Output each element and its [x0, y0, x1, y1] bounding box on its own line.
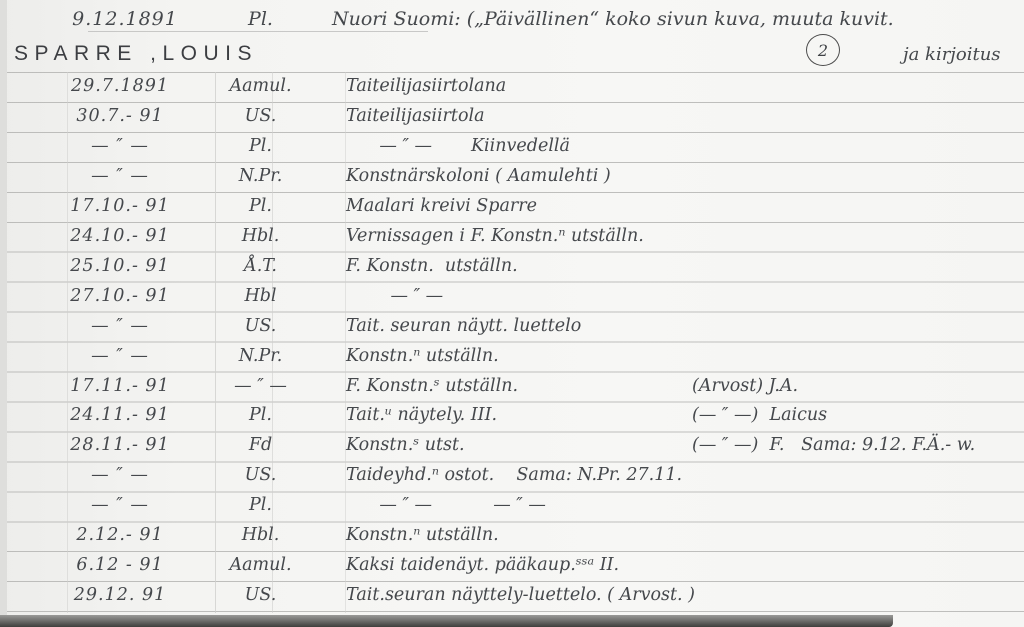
entry-text: Tait.ᵘ näytely. III.: [346, 401, 497, 430]
entry-text: Konstnärskoloni ( Aamulehti ): [346, 162, 611, 191]
entry-date: 6.12 - 91: [50, 551, 190, 580]
table-row: 17.10.- 91 Pl. Maalari kreivi Sparre: [0, 192, 1024, 222]
entry-source: Pl.: [213, 491, 308, 520]
entry-note: (— ″ —) Laicus: [692, 401, 827, 430]
entry-source: N.Pr.: [213, 162, 308, 191]
table-row: 2.12.- 91 Hbl. Konstn.ⁿ utställn.: [0, 521, 1024, 551]
entry-text: Vernissagen i F. Konstn.ⁿ utställn.: [346, 222, 644, 251]
entry-text: Taideyhd.ⁿ ostot. Sama: N.Pr. 27.11.: [346, 461, 682, 490]
entry-date: 29.12. 91: [50, 581, 190, 610]
header-entry-continuation: ja kirjoitus: [903, 42, 1001, 68]
scan-edge-bottom: [0, 615, 893, 627]
entry-source: Hbl: [213, 282, 308, 311]
entry-source: Aamul.: [213, 72, 308, 101]
table-row: — ″ — US. Taideyhd.ⁿ ostot. Sama: N.Pr. …: [0, 461, 1024, 491]
scan-edge-left: [0, 0, 7, 627]
entry-text: — ″ —: [346, 282, 443, 311]
table-row: 25.10.- 91 Å.T. F. Konstn. utställn.: [0, 252, 1024, 282]
entry-date: 28.11.- 91: [50, 431, 190, 460]
subject-name: SPARRE ,LOUIS: [14, 42, 258, 66]
entry-text: — ″ — Kiinvedellä: [346, 132, 570, 161]
table-row: — ″ — Pl. — ″ — Kiinvedellä: [0, 132, 1024, 162]
table-row: — ″ — N.Pr. Konstn.ⁿ utställn.: [0, 342, 1024, 372]
header-entry-text: Nuori Suomi: („Päivällinen“ koko sivun k…: [332, 4, 894, 34]
entry-text: Maalari kreivi Sparre: [346, 192, 537, 221]
entry-source: Pl.: [213, 401, 308, 430]
entry-source: Hbl.: [213, 521, 308, 550]
table-row: 30.7.- 91 US. Taiteilijasiirtola: [0, 102, 1024, 132]
entry-date: — ″ —: [50, 491, 190, 520]
entry-source: US.: [213, 581, 308, 610]
entry-date: 27.10.- 91: [50, 282, 190, 311]
entry-text: Tait.seuran näyttely-luettelo. ( Arvost.…: [346, 581, 695, 610]
entry-note: (Arvost) J.A.: [692, 372, 798, 401]
header-entry-source: Pl.: [213, 4, 308, 34]
entry-text: Konstn.ⁿ utställn.: [346, 521, 499, 550]
entry-date: 17.11.- 91: [50, 372, 190, 401]
entry-date: — ″ —: [50, 162, 190, 191]
entry-source: US.: [213, 102, 308, 131]
entry-text: Kaksi taidenäyt. pääkaup.ˢˢᵃ II.: [346, 551, 619, 580]
entry-source: US.: [213, 312, 308, 341]
entry-text: Taiteilijasiirtolana: [346, 72, 506, 101]
page-number-circle: 2: [806, 34, 840, 66]
entry-date: 17.10.- 91: [50, 192, 190, 221]
entry-source: Å.T.: [213, 252, 308, 281]
table-row: 6.12 - 91 Aamul. Kaksi taidenäyt. pääkau…: [0, 551, 1024, 581]
entry-date: — ″ —: [50, 312, 190, 341]
page-number: 2: [818, 41, 828, 60]
entry-source: US.: [213, 461, 308, 490]
table-row: 29.7.1891 Aamul. Taiteilijasiirtolana: [0, 72, 1024, 102]
entry-date: 24.10.- 91: [50, 222, 190, 251]
table-row: 29.12. 91 US. Tait.seuran näyttely-luett…: [0, 581, 1024, 611]
table-row: — ″ — Pl. — ″ — — ″ —: [0, 491, 1024, 521]
entry-text: F. Konstn. utställn.: [346, 252, 518, 281]
entry-source: Pl.: [213, 192, 308, 221]
entry-text: F. Konstn.ˢ utställn.: [346, 372, 518, 401]
entry-text: — ″ — — ″ —: [346, 491, 546, 520]
table-row: — ″ — US. Tait. seuran näytt. luettelo: [0, 312, 1024, 342]
entry-source: — ″ —: [213, 372, 308, 401]
table-row: — ″ — N.Pr. Konstnärskoloni ( Aamulehti …: [0, 162, 1024, 192]
table-row: 24.10.- 91 Hbl. Vernissagen i F. Konstn.…: [0, 222, 1024, 252]
entry-note: (— ″ —) F. Sama: 9.12. F.Ä.- w.: [692, 431, 975, 460]
table-row: 27.10.- 91 Hbl — ″ —: [0, 282, 1024, 312]
entry-text: Taiteilijasiirtola: [346, 102, 485, 131]
entry-date: 25.10.- 91: [50, 252, 190, 281]
entry-date: — ″ —: [50, 342, 190, 371]
header-entry-date: 9.12.1891: [55, 4, 195, 34]
entry-source: Fd: [213, 431, 308, 460]
table-row: 28.11.- 91 Fd Konstn.ˢ utst. (— ″ —) F. …: [0, 431, 1024, 461]
entry-date: 30.7.- 91: [50, 102, 190, 131]
entry-date: — ″ —: [50, 461, 190, 490]
entry-date: 29.7.1891: [50, 72, 190, 101]
header-entry: 9.12.1891 Pl. Nuori Suomi: („Päivällinen…: [0, 4, 1024, 34]
entry-source: Aamul.: [213, 551, 308, 580]
entry-source: N.Pr.: [213, 342, 308, 371]
entry-text: Konstn.ⁿ utställn.: [346, 342, 499, 371]
entry-date: 2.12.- 91: [50, 521, 190, 550]
entry-date: 24.11.- 91: [50, 401, 190, 430]
entry-date: — ″ —: [50, 132, 190, 161]
entry-source: Pl.: [213, 132, 308, 161]
entry-text: Konstn.ˢ utst.: [346, 431, 465, 460]
table-row: 24.11.- 91 Pl. Tait.ᵘ näytely. III. (— ″…: [0, 401, 1024, 431]
table-row: 17.11.- 91 — ″ — F. Konstn.ˢ utställn. (…: [0, 372, 1024, 402]
index-card: 9.12.1891 Pl. Nuori Suomi: („Päivällinen…: [0, 0, 1024, 627]
entry-source: Hbl.: [213, 222, 308, 251]
entry-text: Tait. seuran näytt. luettelo: [346, 312, 581, 341]
